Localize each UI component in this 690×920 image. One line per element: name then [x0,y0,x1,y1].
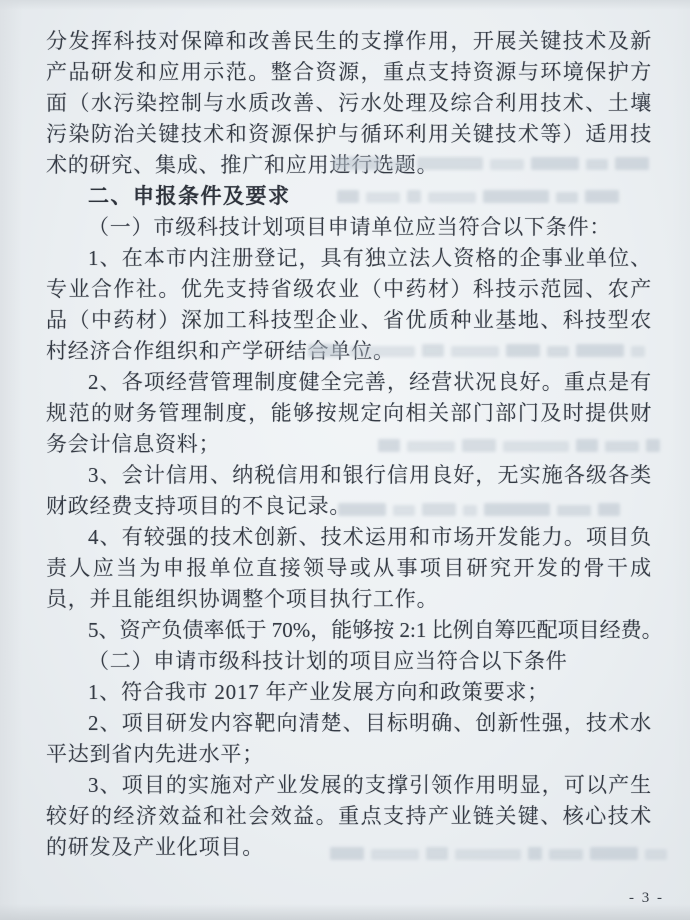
bleed-through-artifact [308,344,652,360]
page-number: - 3 - [629,890,664,907]
bleed-through-artifact [378,439,667,455]
bleed-through-artifact [330,847,674,863]
paragraph: 1、符合我市 2017 年产业发展方向和政策要求； [46,677,652,708]
paragraph: 2、项目研发内容靶向清楚、目标明确、创新性强，技术水平达到省内先进水平； [46,708,652,770]
paragraph: （一）市级科技计划项目申请单位应当符合以下条件： [46,212,652,243]
paragraph: 4、有较强的技术创新、技术运用和市场开发能力。项目负责人应当为申报单位直接领导或… [46,522,652,615]
scanned-document-page: 分发挥科技对保障和改善民生的支撑作用，开展关键技术及新产品研发和应用示范。整合资… [0,0,690,920]
bleed-through-artifact [338,503,627,519]
paragraph: （二）申请市级科技计划的项目应当符合以下条件 [46,646,652,677]
paragraph: 5、资产负债率低于 70%，能够按 2:1 比例自筹匹配项目经费。 [46,615,652,646]
bleed-through-artifact [333,157,656,173]
bleed-through-artifact [337,190,626,206]
